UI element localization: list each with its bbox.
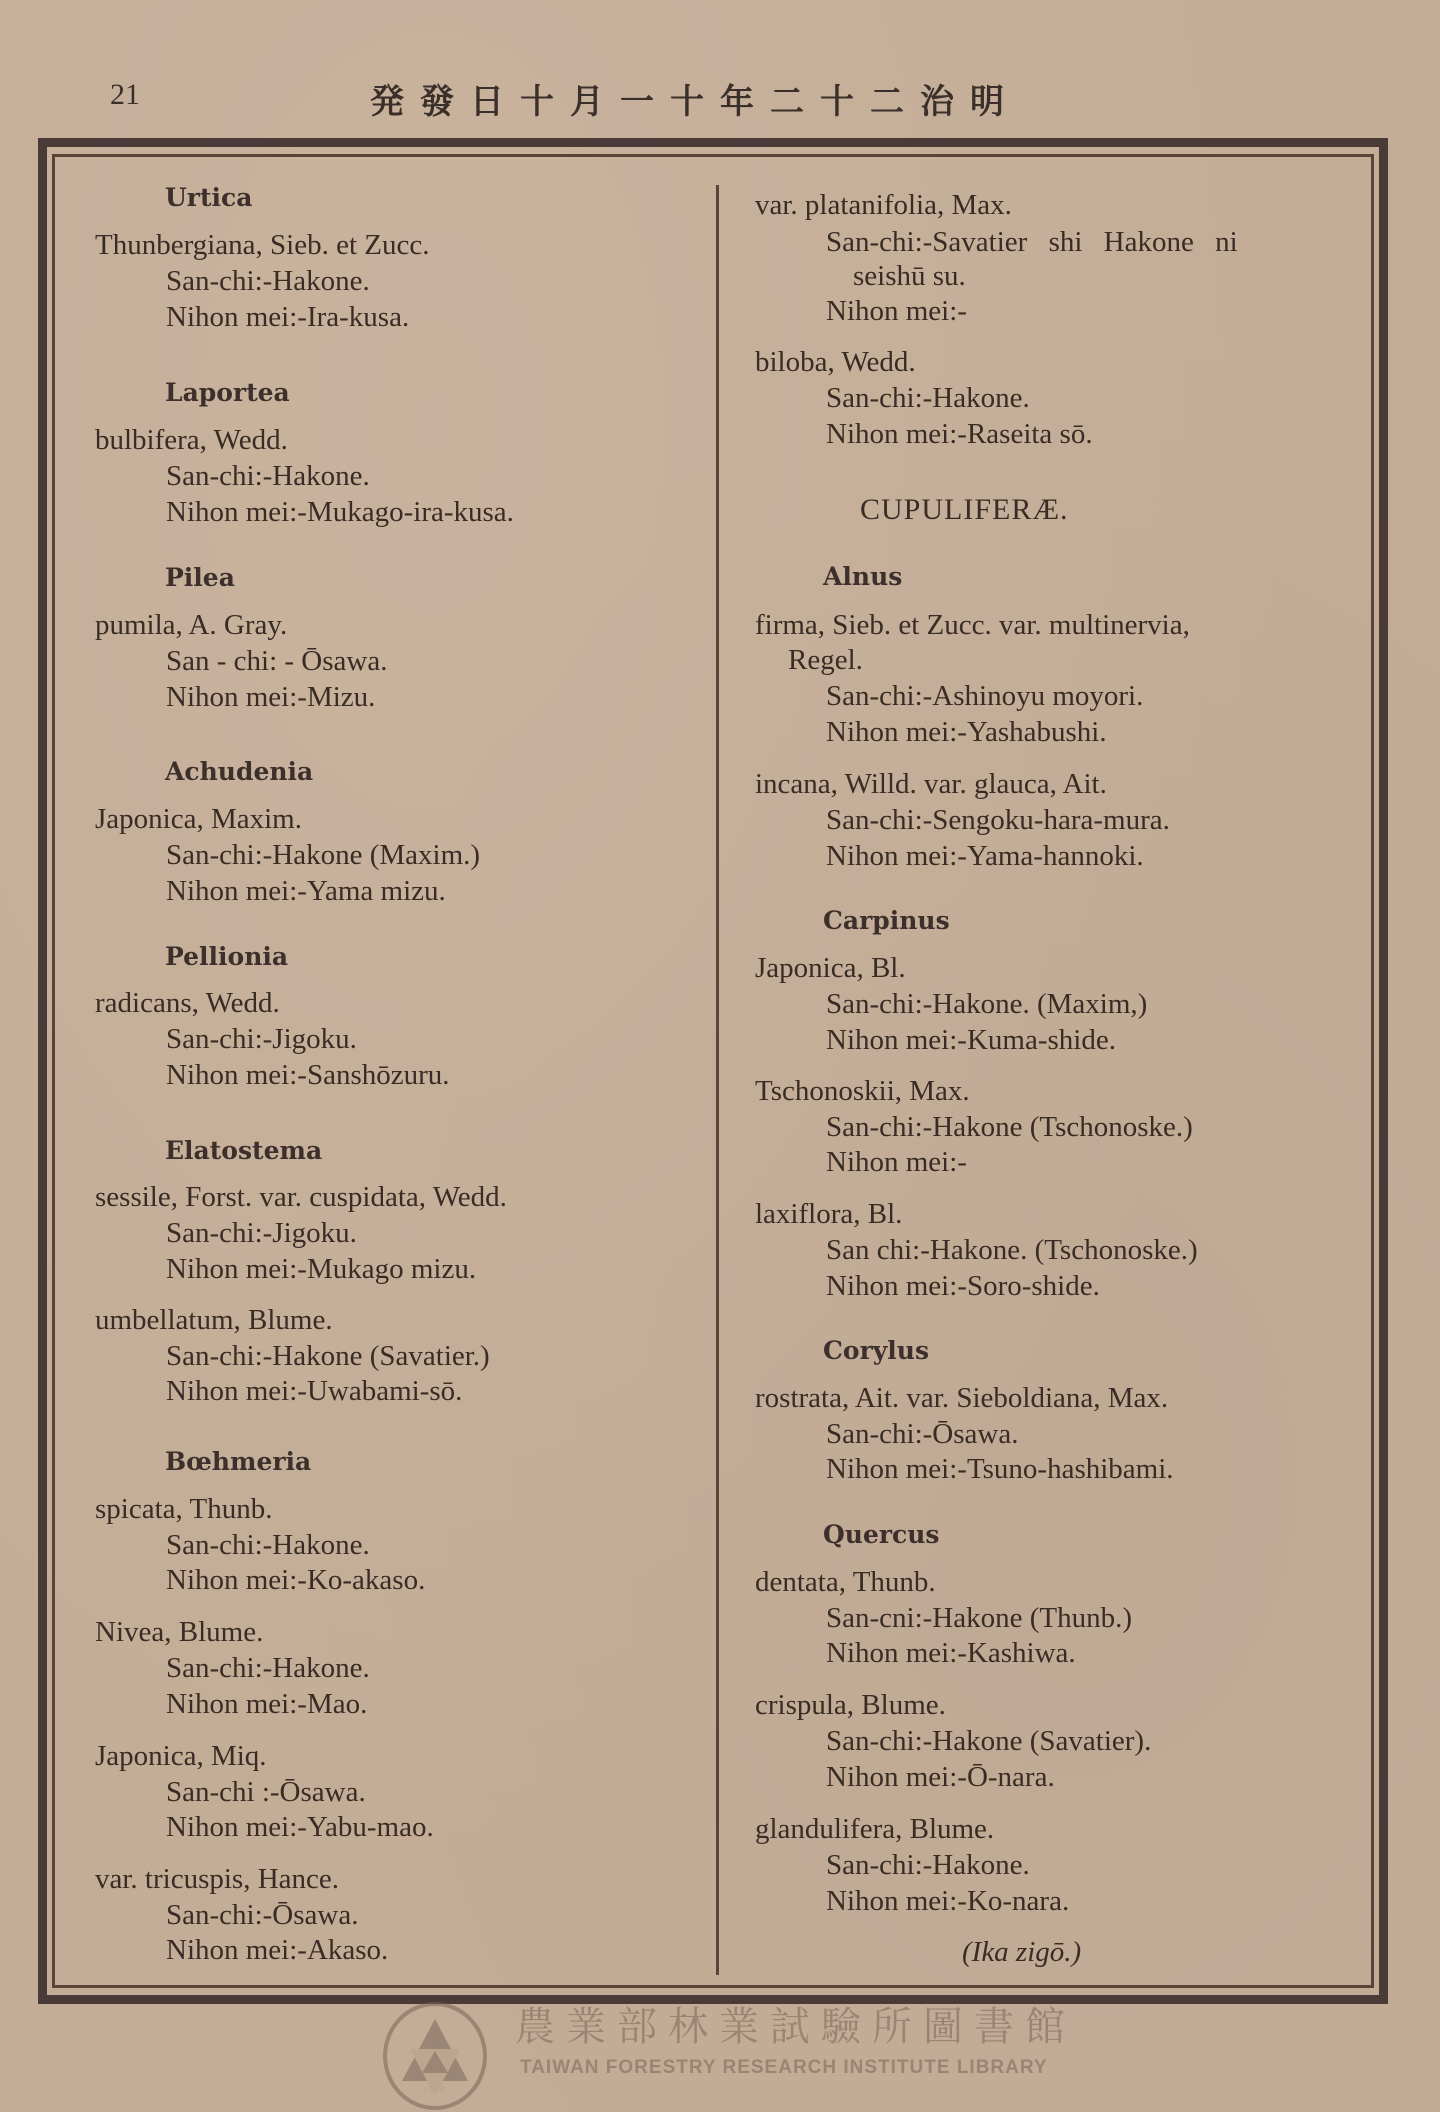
species-entry: firma, Sieb. et Zucc. var. multinervia,	[755, 608, 1190, 642]
entry-detail-continuation: seishū su.	[853, 259, 966, 293]
entry-detail: San-chi:-Hakone.	[826, 1848, 1030, 1882]
entry-detail: Nihon mei:-Ira-kusa.	[166, 300, 409, 334]
entry-detail: San-chi:-Ōsawa.	[166, 1898, 358, 1932]
species-entry: spicata, Thunb.	[95, 1492, 272, 1526]
entry-detail: Nihon mei:-Mukago mizu.	[166, 1252, 476, 1286]
entry-detail: Nihon mei:-Yabu-mao.	[166, 1810, 434, 1844]
genus-heading: Laportea	[165, 376, 290, 410]
entry-detail: Nihon mei:-Yashabushi.	[826, 715, 1107, 749]
entry-detail: San-cni:-Hakone (Thunb.)	[826, 1601, 1132, 1635]
entry-detail: San-chi:-Hakone (Tschonoske.)	[826, 1110, 1193, 1144]
entry-detail: Nihon mei:-Ko-akaso.	[166, 1563, 425, 1597]
entry-detail: San-chi:-Hakone (Maxim.)	[166, 838, 480, 872]
species-entry: radicans, Wedd.	[95, 986, 280, 1020]
entry-detail: Nihon mei:-Mizu.	[166, 680, 375, 714]
species-entry-continuation: Regel.	[788, 643, 863, 677]
species-entry: Japonica, Miq.	[95, 1739, 267, 1773]
species-entry: pumila, A. Gray.	[95, 608, 287, 642]
svg-text:1896: 1896	[422, 2086, 445, 2096]
entry-detail: Nihon mei:-Uwabami-sō.	[166, 1374, 462, 1408]
species-entry: rostrata, Ait. var. Sieboldiana, Max.	[755, 1381, 1168, 1415]
genus-heading: Corylus	[823, 1334, 929, 1368]
family-heading: CUPULIFERÆ.	[860, 493, 1069, 527]
entry-detail: San-chi:-Jigoku.	[166, 1216, 357, 1250]
genus-heading: Carpinus	[823, 904, 950, 938]
species-entry: umbellatum, Blume.	[95, 1303, 333, 1337]
entry-detail: San-chi:-Ōsawa.	[826, 1417, 1018, 1451]
entry-detail: San-chi:-Hakone.	[166, 1651, 370, 1685]
column-divider	[716, 185, 719, 1975]
species-entry: Japonica, Bl.	[755, 951, 906, 985]
entry-detail: San-chi:-Hakone.	[166, 264, 370, 298]
entry-detail: San-chi:-Savatier shi Hakone ni	[826, 225, 1238, 259]
entry-detail: San-chi :-Ōsawa.	[166, 1775, 366, 1809]
entry-detail: Nihon mei:-	[826, 294, 967, 328]
institute-logo-icon: 1896	[380, 2001, 490, 2111]
entry-detail: Nihon mei:-Mao.	[166, 1687, 367, 1721]
entry-detail: San-chi:-Jigoku.	[166, 1022, 357, 1056]
entry-detail: Nihon mei:-Sanshōzuru.	[166, 1058, 450, 1092]
continued-note: (Ika zigō.)	[962, 1935, 1081, 1969]
entry-detail: San-chi:-Hakone.	[826, 381, 1030, 415]
species-entry: var. tricuspis, Hance.	[95, 1862, 339, 1896]
entry-detail: San-chi:-Hakone (Savatier.)	[166, 1339, 490, 1373]
entry-detail: Nihon mei:-Mukago-ira-kusa.	[166, 495, 514, 529]
species-entry: var. platanifolia, Max.	[755, 188, 1012, 222]
species-entry: glandulifera, Blume.	[755, 1812, 994, 1846]
entry-detail: Nihon mei:-Ko-nara.	[826, 1884, 1069, 1918]
species-entry: dentata, Thunb.	[755, 1565, 936, 1599]
genus-heading: Elatostema	[165, 1134, 322, 1168]
entry-detail: San-chi:-Sengoku-hara-mura.	[826, 803, 1170, 837]
species-entry: Thunbergiana, Sieb. et Zucc.	[95, 228, 429, 262]
watermark-chinese: 農業部林業試驗所圖書館	[515, 1995, 1076, 2052]
entry-detail: Nihon mei:-Soro-shide.	[826, 1269, 1100, 1303]
species-entry: crispula, Blume.	[755, 1688, 946, 1722]
entry-detail: San - chi: - Ōsawa.	[166, 644, 387, 678]
entry-detail: San-chi:-Hakone.	[166, 459, 370, 493]
entry-detail: Nihon mei:-Tsuno-hashibami.	[826, 1452, 1174, 1486]
entry-detail: San-chi:-Hakone.	[166, 1528, 370, 1562]
entry-detail: Nihon mei:-Ō-nara.	[826, 1760, 1055, 1794]
page-number: 21	[110, 78, 140, 112]
species-entry: Nivea, Blume.	[95, 1615, 263, 1649]
entry-detail: Nihon mei:-Raseita sō.	[826, 417, 1093, 451]
entry-detail: San chi:-Hakone. (Tschonoske.)	[826, 1233, 1198, 1267]
species-entry: laxiflora, Bl.	[755, 1197, 902, 1231]
species-entry: biloba, Wedd.	[755, 345, 916, 379]
genus-heading: Pellionia	[165, 940, 288, 974]
species-entry: sessile, Forst. var. cuspidata, Wedd.	[95, 1180, 507, 1214]
entry-detail: San-chi:-Hakone (Savatier).	[826, 1724, 1151, 1758]
genus-heading: Pilea	[165, 561, 235, 595]
entry-detail: Nihon mei:-Kuma-shide.	[826, 1023, 1116, 1057]
entry-detail: San-chi:-Ashinoyu moyori.	[826, 679, 1143, 713]
entry-detail: Nihon mei:-Akaso.	[166, 1933, 388, 1967]
library-watermark: 1896 農業部林業試驗所圖書館 TAIWAN FORESTRY RESEARC…	[370, 1995, 1090, 2112]
genus-heading: Quercus	[823, 1518, 940, 1552]
entry-detail: Nihon mei:-Yama mizu.	[166, 874, 446, 908]
running-head: 発發日十月一十年二十二治明	[370, 74, 1020, 123]
genus-heading: Urtica	[165, 181, 252, 215]
species-entry: Tschonoskii, Max.	[755, 1074, 970, 1108]
entry-detail: Nihon mei:-	[826, 1145, 967, 1179]
genus-heading: Bœhmeria	[165, 1445, 311, 1479]
species-entry: Japonica, Maxim.	[95, 802, 302, 836]
genus-heading: Achudenia	[165, 755, 313, 789]
watermark-english: TAIWAN FORESTRY RESEARCH INSTITUTE LIBRA…	[520, 2057, 1048, 2079]
entry-detail: Nihon mei:-Yama-hannoki.	[826, 839, 1144, 873]
genus-heading: Alnus	[823, 560, 902, 594]
species-entry: bulbifera, Wedd.	[95, 423, 288, 457]
entry-detail: San-chi:-Hakone. (Maxim,)	[826, 987, 1147, 1021]
entry-detail: Nihon mei:-Kashiwa.	[826, 1636, 1076, 1670]
species-entry: incana, Willd. var. glauca, Ait.	[755, 767, 1107, 801]
